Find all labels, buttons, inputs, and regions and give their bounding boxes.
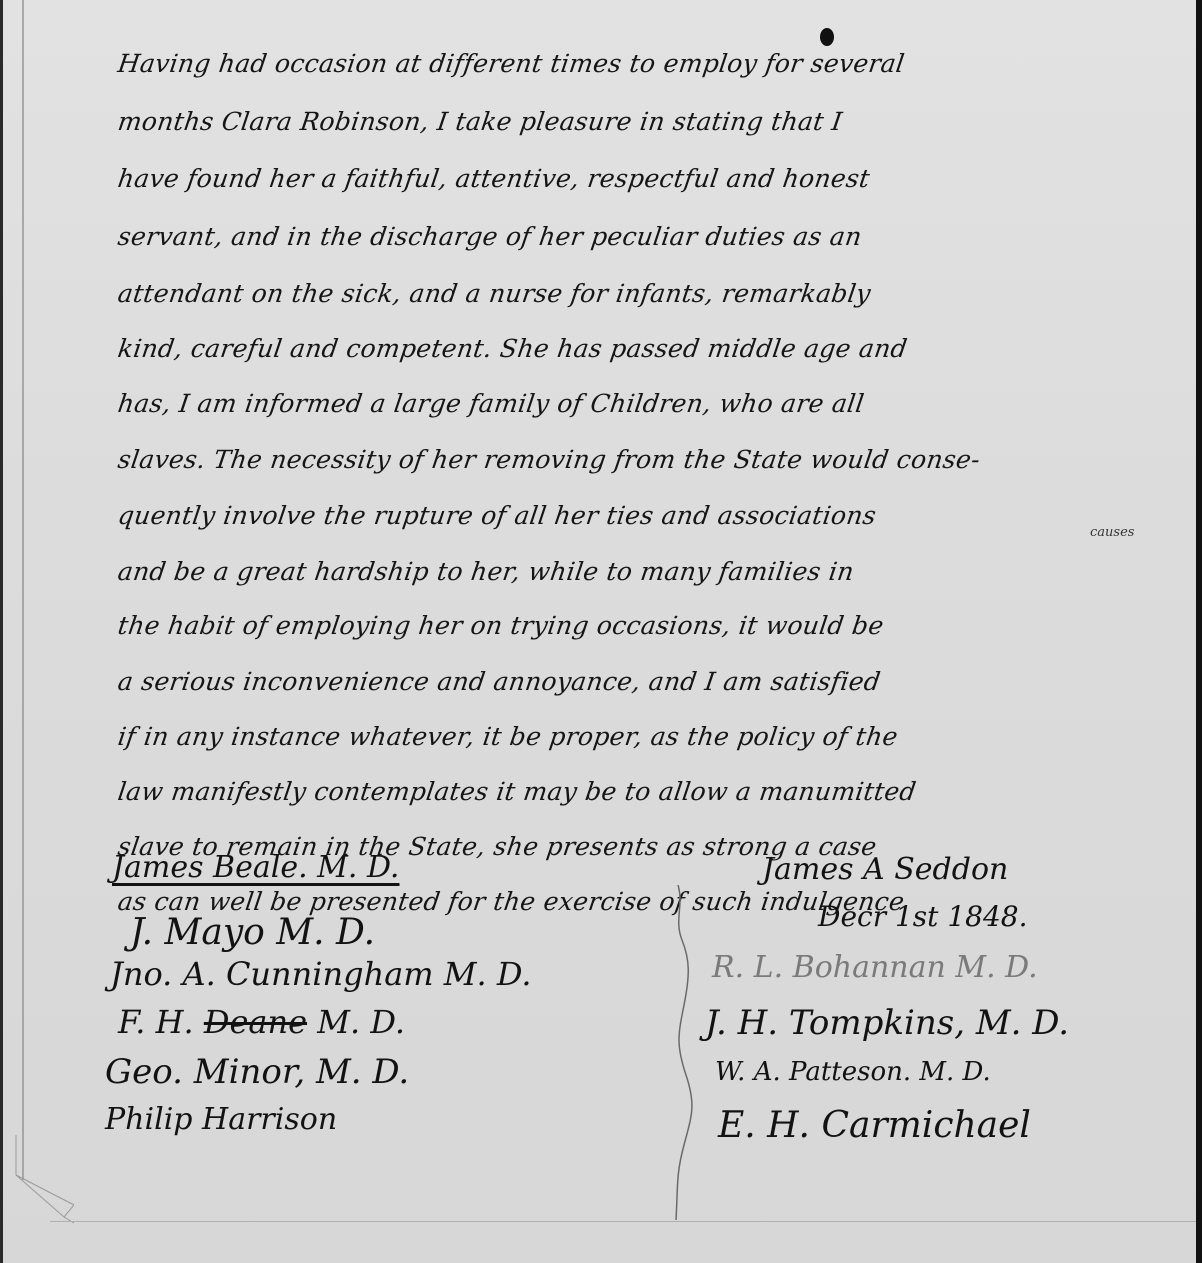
margin-fold-line: [22, 0, 24, 1180]
signature-j-h-tompkins: J. H. Tompkins, M. D.: [705, 1003, 1069, 1043]
signature-f-h-deane: F. H. Deane M. D.: [118, 1003, 405, 1041]
signature-jno-cunningham: Jno. A. Cunningham M. D.: [110, 955, 532, 993]
signature-e-h-carmichael: E. H. Carmichael: [718, 1105, 1031, 1146]
wavy-divider-line: [670, 885, 700, 1225]
signature-r-l-bohannan: R. L. Bohannan M. D.: [712, 950, 1038, 985]
letter-date: Decr 1st 1848.: [818, 900, 1027, 933]
signature-w-a-patteson: W. A. Patteson. M. D.: [715, 1057, 991, 1087]
ink-blot: [820, 28, 834, 46]
signature-james-seddon: James A Seddon: [762, 852, 1008, 887]
signature-j-mayo: J. Mayo M. D.: [130, 912, 375, 953]
folded-corner: [14, 1135, 74, 1225]
struck-surname: Deane: [204, 1003, 307, 1041]
signature-philip-harrison: Philip Harrison: [105, 1102, 337, 1137]
interlinear-insertion: causes: [1090, 525, 1134, 540]
signature-geo-minor: Geo. Minor, M. D.: [105, 1052, 409, 1092]
signature-deane-text: F. H. Deane M. D.: [118, 1003, 405, 1041]
scan-right-edge: [1196, 0, 1202, 1263]
document-page: Having had occasion at different times t…: [0, 0, 1196, 1263]
signature-james-beale: James Beale. M. D.: [112, 850, 399, 885]
bottom-fold-line: [50, 1221, 1200, 1222]
scan-left-edge: [0, 0, 3, 1263]
